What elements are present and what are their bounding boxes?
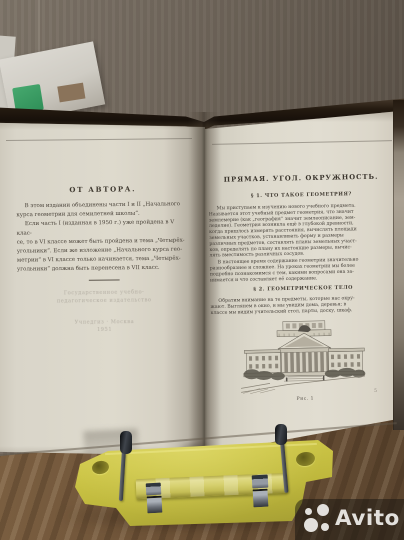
wall-corner-line — [38, 0, 40, 58]
left-page-paragraph: Если часть I (изданная в 1950 г.) уже пр… — [16, 218, 190, 275]
section-divider-rule — [89, 279, 120, 280]
section-1-heading: § 1. ЧТО ТАКОЕ ГЕОМЕТРИЯ? — [208, 190, 394, 199]
metal-bracket — [146, 483, 162, 496]
metal-bracket — [252, 475, 269, 489]
section-1-paragraph: Мы приступаем к изучению нового учебного… — [209, 202, 396, 259]
left-page-paragraph: В этом издании объединены части I и II „… — [16, 200, 190, 220]
page-clip-cap — [120, 431, 132, 454]
left-page-heading: ОТ АВТОРА. — [16, 184, 190, 195]
page-number: 5 — [374, 388, 377, 393]
bolshoi-theatre-engraving — [239, 316, 370, 394]
show-through-text: Государственное учебно- педагогическое и… — [17, 288, 191, 306]
avito-brand-text: Avito — [335, 506, 400, 531]
avito-logo-icon — [305, 508, 312, 515]
section-2-heading: § 2. ГЕОМЕТРИЧЕСКОЕ ТЕЛО — [210, 284, 396, 293]
right-page-content: ПРЯМАЯ. УГОЛ. ОКРУЖНОСТЬ. § 1. ЧТО ТАКОЕ… — [208, 172, 398, 402]
avito-logo-icon — [321, 523, 330, 532]
metal-bracket — [147, 496, 163, 514]
avito-logo-icon — [304, 518, 319, 533]
avito-logo-icon — [317, 504, 330, 517]
metal-bracket — [253, 489, 269, 508]
box-label — [57, 83, 85, 103]
figure-building-illustration: Рис. 1 — [211, 315, 399, 403]
section-1-paragraph: В настоящее время содержание геометрии з… — [210, 256, 396, 283]
show-through-text: Учпедгиз · Москва 1951 — [18, 317, 192, 335]
section-2-paragraph: Обратим внимание на те предметы, которые… — [210, 295, 396, 316]
page-clip-cap — [275, 424, 287, 445]
left-page-content: ОТ АВТОРА. В этом издании объединены час… — [16, 184, 191, 335]
book-photo: ОТ АВТОРА. В этом издании объединены час… — [0, 0, 404, 540]
